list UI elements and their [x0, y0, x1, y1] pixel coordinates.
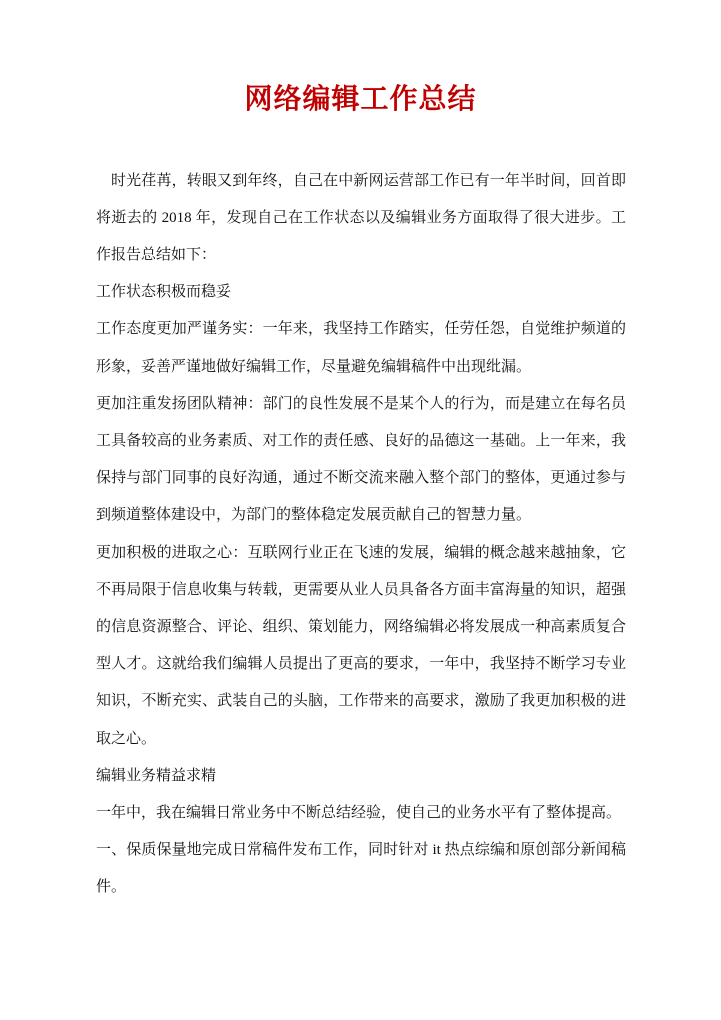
paragraph: 工作态度更加严谨务实：一年来，我坚持工作踏实，任劳任怨，自觉维护频道的形象，妥善… — [96, 311, 626, 385]
document-body: 时光荏苒，转眼又到年终，自己在中新网运营部工作已有一年半时间，回首即将逝去的 2… — [96, 163, 626, 907]
document-page: 网络编辑工作总结 时光荏苒，转眼又到年终，自己在中新网运营部工作已有一年半时间，… — [0, 0, 721, 1020]
paragraph: 一年中，我在编辑日常业务中不断总结经验，使自己的业务水平有了整体提高。 — [96, 795, 626, 832]
paragraph: 时光荏苒，转眼又到年终，自己在中新网运营部工作已有一年半时间，回首即将逝去的 2… — [96, 163, 626, 275]
paragraph: 更加积极的进取之心：互联网行业正在飞速的发展，编辑的概念越来越抽象，它不再局限于… — [96, 535, 626, 758]
paragraph: 编辑业务精益求精 — [96, 758, 626, 795]
paragraph: 更加注重发扬团队精神：部门的良性发展不是某个人的行为，而是建立在每名员工具备较高… — [96, 386, 626, 535]
document-title: 网络编辑工作总结 — [0, 0, 721, 117]
paragraph: 工作状态积极而稳妥 — [96, 274, 626, 311]
paragraph: 一、保质保量地完成日常稿件发布工作，同时针对 it 热点综编和原创部分新闻稿件。 — [96, 832, 626, 906]
